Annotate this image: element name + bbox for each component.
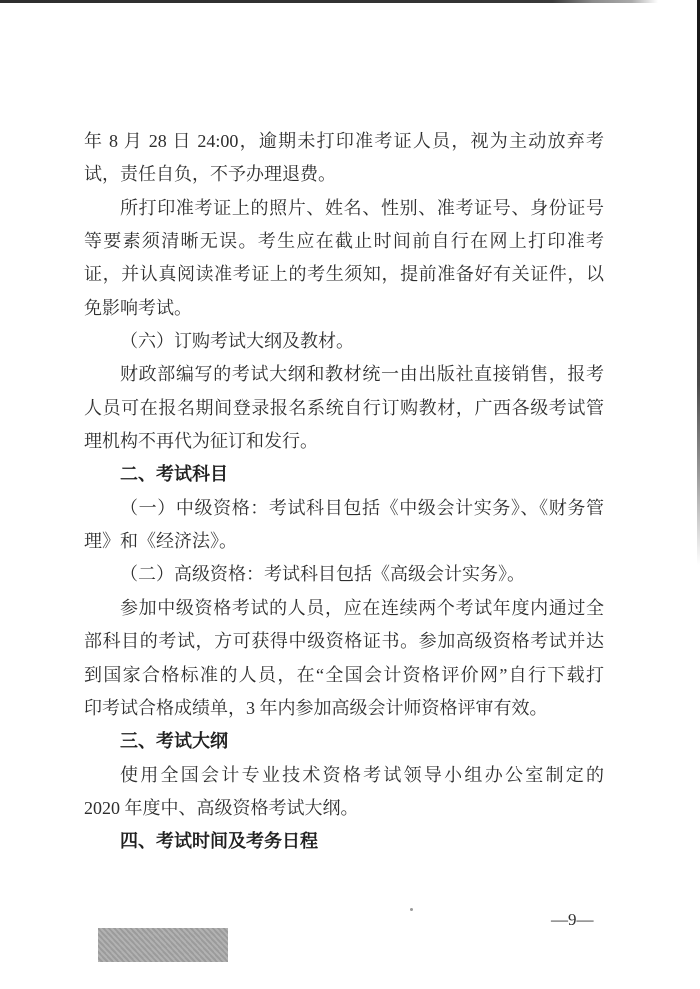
text-line: （一）中级资格：考试科目包括《中级会计实务》、《财务管 [84, 492, 604, 525]
text-line: 理机构不再代为征订和发行。 [84, 425, 604, 458]
text-line: 使用全国会计专业技术资格考试领导小组办公室制定的 [84, 759, 604, 792]
text-line: 财政部编写的考试大纲和教材统一由出版社直接销售，报考 [84, 358, 604, 391]
section-heading-exam-outline: 三、考试大纲 [84, 725, 604, 758]
page-number: —9— [551, 910, 594, 930]
section-heading-exam-schedule: 四、考试时间及考务日程 [84, 825, 604, 858]
text-line: 试，责任自负，不予办理退费。 [84, 158, 604, 191]
text-line: 印考试合格成绩单，3 年内参加高级会计师资格评审有效。 [84, 692, 604, 725]
text-line: 部科目的考试，方可获得中级资格证书。参加高级资格考试并达 [84, 625, 604, 658]
text-line: （六）订购考试大纲及教材。 [84, 325, 604, 358]
text-line: 年 8 月 28 日 24:00，逾期未打印准考证人员，视为主动放弃考 [84, 125, 604, 158]
text-line: （二）高级资格：考试科目包括《高级会计实务》。 [84, 558, 604, 591]
section-heading-exam-subjects: 二、考试科目 [84, 458, 604, 491]
text-line: 2020 年度中、高级资格考试大纲。 [84, 792, 604, 825]
scan-smudge-artifact [98, 928, 228, 962]
scanned-document-page: 年 8 月 28 日 24:00，逾期未打印准考证人员，视为主动放弃考 试，责任… [0, 0, 700, 989]
text-line: 到国家合格标准的人员，在“全国会计资格评价网”自行下载打 [84, 659, 604, 692]
text-line: 理》和《经济法》。 [84, 525, 604, 558]
text-line: 证，并认真阅读准考证上的考生须知，提前准备好有关证件，以 [84, 258, 604, 291]
scan-speck-artifact [410, 908, 413, 911]
text-line: 免影响考试。 [84, 292, 604, 325]
text-line: 所打印准考证上的照片、姓名、性别、准考证号、身份证号 [84, 192, 604, 225]
text-line: 人员可在报名期间登录报名系统自行订购教材，广西各级考试管 [84, 392, 604, 425]
scan-edge-top-artifact [0, 0, 658, 3]
document-body: 年 8 月 28 日 24:00，逾期未打印准考证人员，视为主动放弃考 试，责任… [84, 125, 604, 859]
text-line: 参加中级资格考试的人员，应在连续两个考试年度内通过全 [84, 592, 604, 625]
text-line: 等要素须清晰无误。考生应在截止时间前自行在网上打印准考 [84, 225, 604, 258]
